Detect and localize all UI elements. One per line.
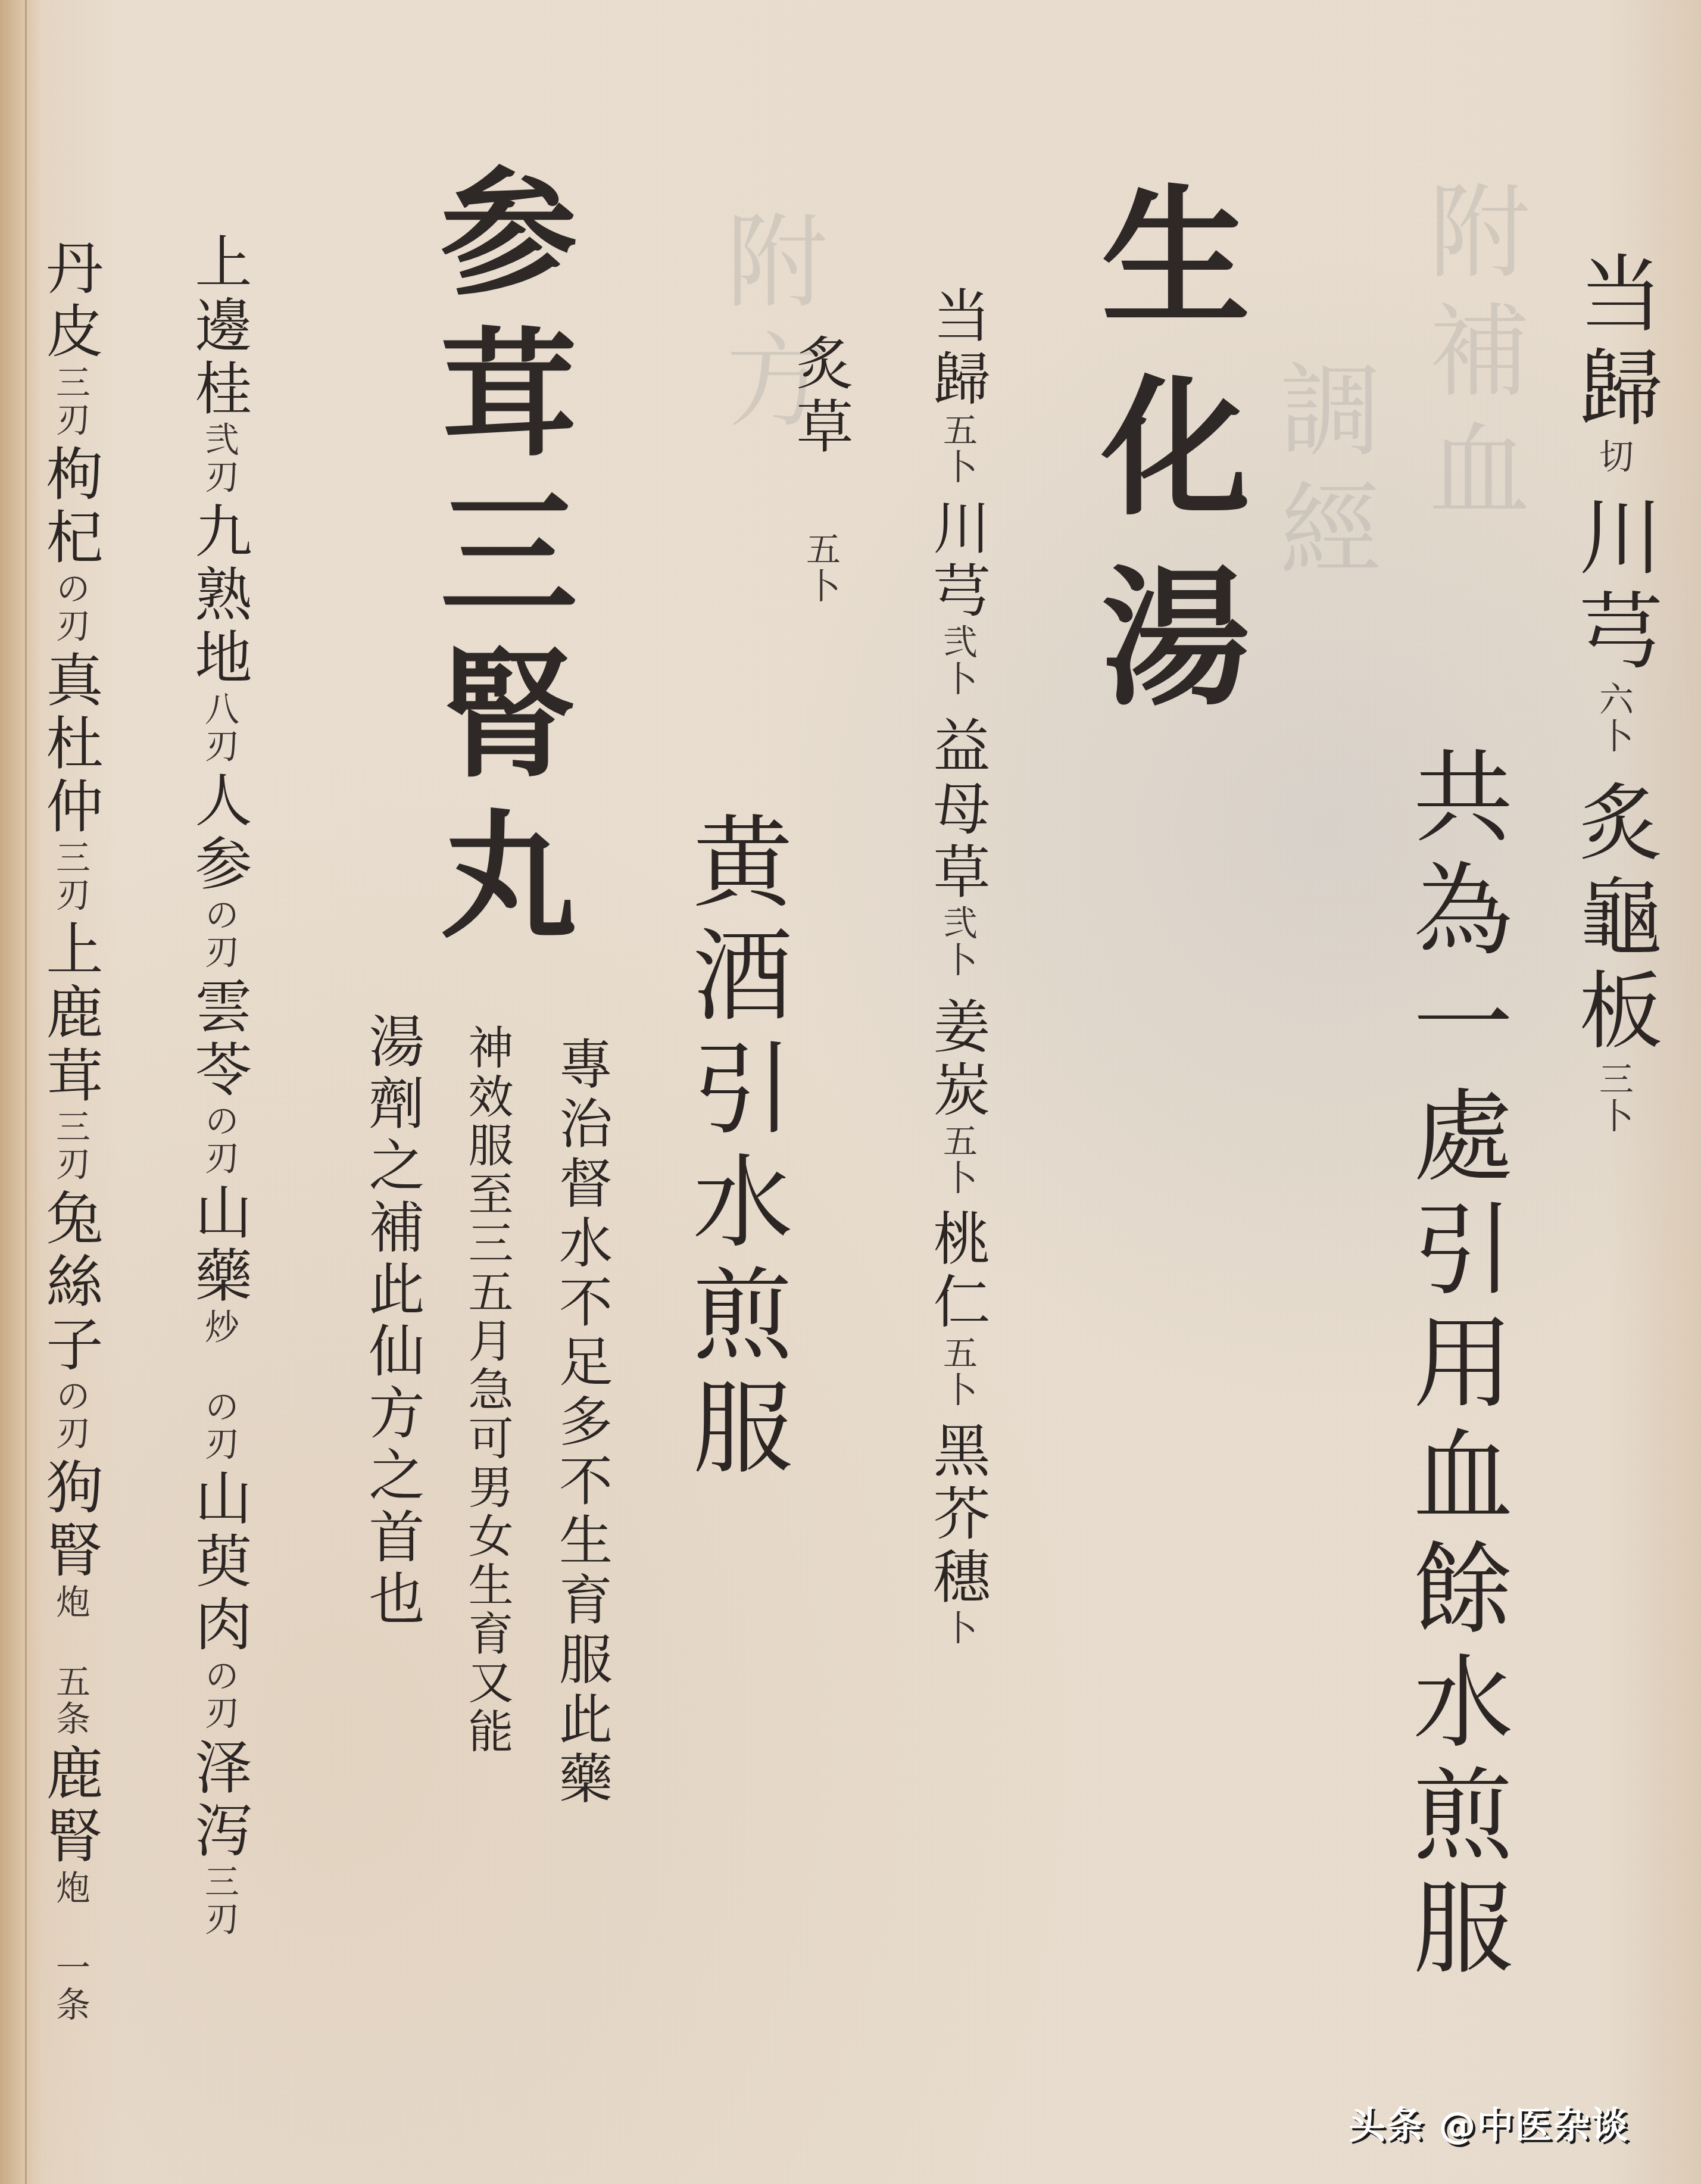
herb-name: 真杜仲 xyxy=(37,650,104,840)
dosage-note: 五卜 xyxy=(937,412,978,486)
indication-text: 專治督水不足多不生育服此藥 xyxy=(554,1036,607,1810)
herb-name: 桃仁 xyxy=(924,1209,991,1335)
dosage-note: 六卜 xyxy=(1593,681,1634,755)
herb-name: 川芎 xyxy=(924,498,991,624)
source-watermark: 头条 @中医杂谈 xyxy=(1349,2096,1630,2149)
herb-name: 雲苓 xyxy=(186,976,252,1103)
dosage-note: 三刃 xyxy=(50,364,90,438)
bleed-through-text: 調經 xyxy=(1268,357,1375,595)
herb-name: 狗腎 xyxy=(37,1458,104,1584)
dosage-note: の刃 xyxy=(199,897,239,971)
dosage-note: 八刃 xyxy=(199,691,239,765)
herb-name: 上邊桂 xyxy=(186,232,252,422)
herb-name: 川芎 xyxy=(1565,493,1662,681)
formula-title: 参茸三腎丸 xyxy=(429,161,566,965)
column-11: 上邊桂弐刃九熟地八刃人参の刃雲苓の刃山藥炒 の刃山萸肉の刃泽泻三刃 xyxy=(191,232,248,1937)
dosage-note: の刃 xyxy=(199,1658,239,1731)
herb-name: 九熟地 xyxy=(186,501,252,691)
dosage-note: 三刃 xyxy=(50,840,90,913)
dosage-note: 三刃 xyxy=(50,1109,90,1183)
dosage-note: 炮 一条 xyxy=(50,1870,90,2023)
dosage-note: 炮 五条 xyxy=(50,1584,90,1737)
dosage-note: 弐卜 xyxy=(937,624,978,698)
indication-text: 神效服至三五月急可男女生育又能 xyxy=(464,1024,510,1756)
dosage-note: 炒 の刃 xyxy=(199,1309,239,1462)
column-5: 炙草五卜 xyxy=(792,333,849,605)
formula-title-text: 参茸三腎丸 xyxy=(417,161,578,965)
herb-name: 丹皮 xyxy=(37,238,104,364)
herb-name: 枸杞 xyxy=(37,444,104,570)
herb-name: 炙草 xyxy=(787,333,854,460)
page-gutter xyxy=(0,0,42,2184)
column-4: 当歸五卜川芎弐卜益母草弐卜姜炭五卜桃仁五卜黑芥穗卜 xyxy=(929,286,986,1647)
dosage-note: 卜 xyxy=(937,1610,978,1647)
herb-name: 当歸 xyxy=(1565,250,1662,438)
binding-line xyxy=(25,0,27,2184)
herb-name: 黑芥穗 xyxy=(924,1421,991,1610)
dosage-note: 弐刃 xyxy=(199,422,239,495)
bleed-through-text: 附補血 xyxy=(1417,179,1524,536)
dosage-note: 弐卜 xyxy=(937,905,978,979)
dosage-note: 三卜 xyxy=(1593,1061,1634,1135)
dosage-note: 切 xyxy=(1593,438,1634,475)
herb-name: 炙龜板 xyxy=(1565,779,1662,1061)
dosage-note: 三刃 xyxy=(199,1864,239,1937)
dosage-note: の刃 xyxy=(199,1103,239,1177)
herb-name: 当歸 xyxy=(924,286,991,412)
preparation-instruction: 共為一處引用血餘水煎服 xyxy=(1405,744,1505,1989)
dosage-note: の刃 xyxy=(50,570,90,644)
herb-name: 鹿腎 xyxy=(37,1743,104,1870)
herb-name: 山藥 xyxy=(186,1183,252,1309)
dosage-note: 五卜 xyxy=(800,531,841,605)
herb-name: 山萸肉 xyxy=(186,1468,252,1658)
herb-name: 泽泻 xyxy=(186,1737,252,1864)
column-1: 当歸切川芎六卜炙龜板三卜 xyxy=(1572,250,1655,1135)
indication-text: 湯劑之補此仙方之首也 xyxy=(363,1012,419,1631)
dosage-note: の刃 xyxy=(50,1378,90,1452)
herb-name: 姜炭 xyxy=(924,997,991,1123)
preparation-instruction: 黄酒引水煎服 xyxy=(685,810,785,1489)
herb-name: 益母草 xyxy=(924,716,991,905)
formula-title: 生化湯 xyxy=(1090,179,1238,750)
herb-name: 兔絲子 xyxy=(37,1188,104,1378)
dosage-note: 五卜 xyxy=(937,1335,978,1409)
column-12: 丹皮三刃枸杞の刃真杜仲三刃上鹿茸三刃兔絲子の刃狗腎炮 五条鹿腎炮 一条 xyxy=(42,238,99,2023)
herb-name: 人参 xyxy=(186,770,252,897)
herb-name: 上鹿茸 xyxy=(37,919,104,1109)
dosage-note: 五卜 xyxy=(937,1123,978,1197)
